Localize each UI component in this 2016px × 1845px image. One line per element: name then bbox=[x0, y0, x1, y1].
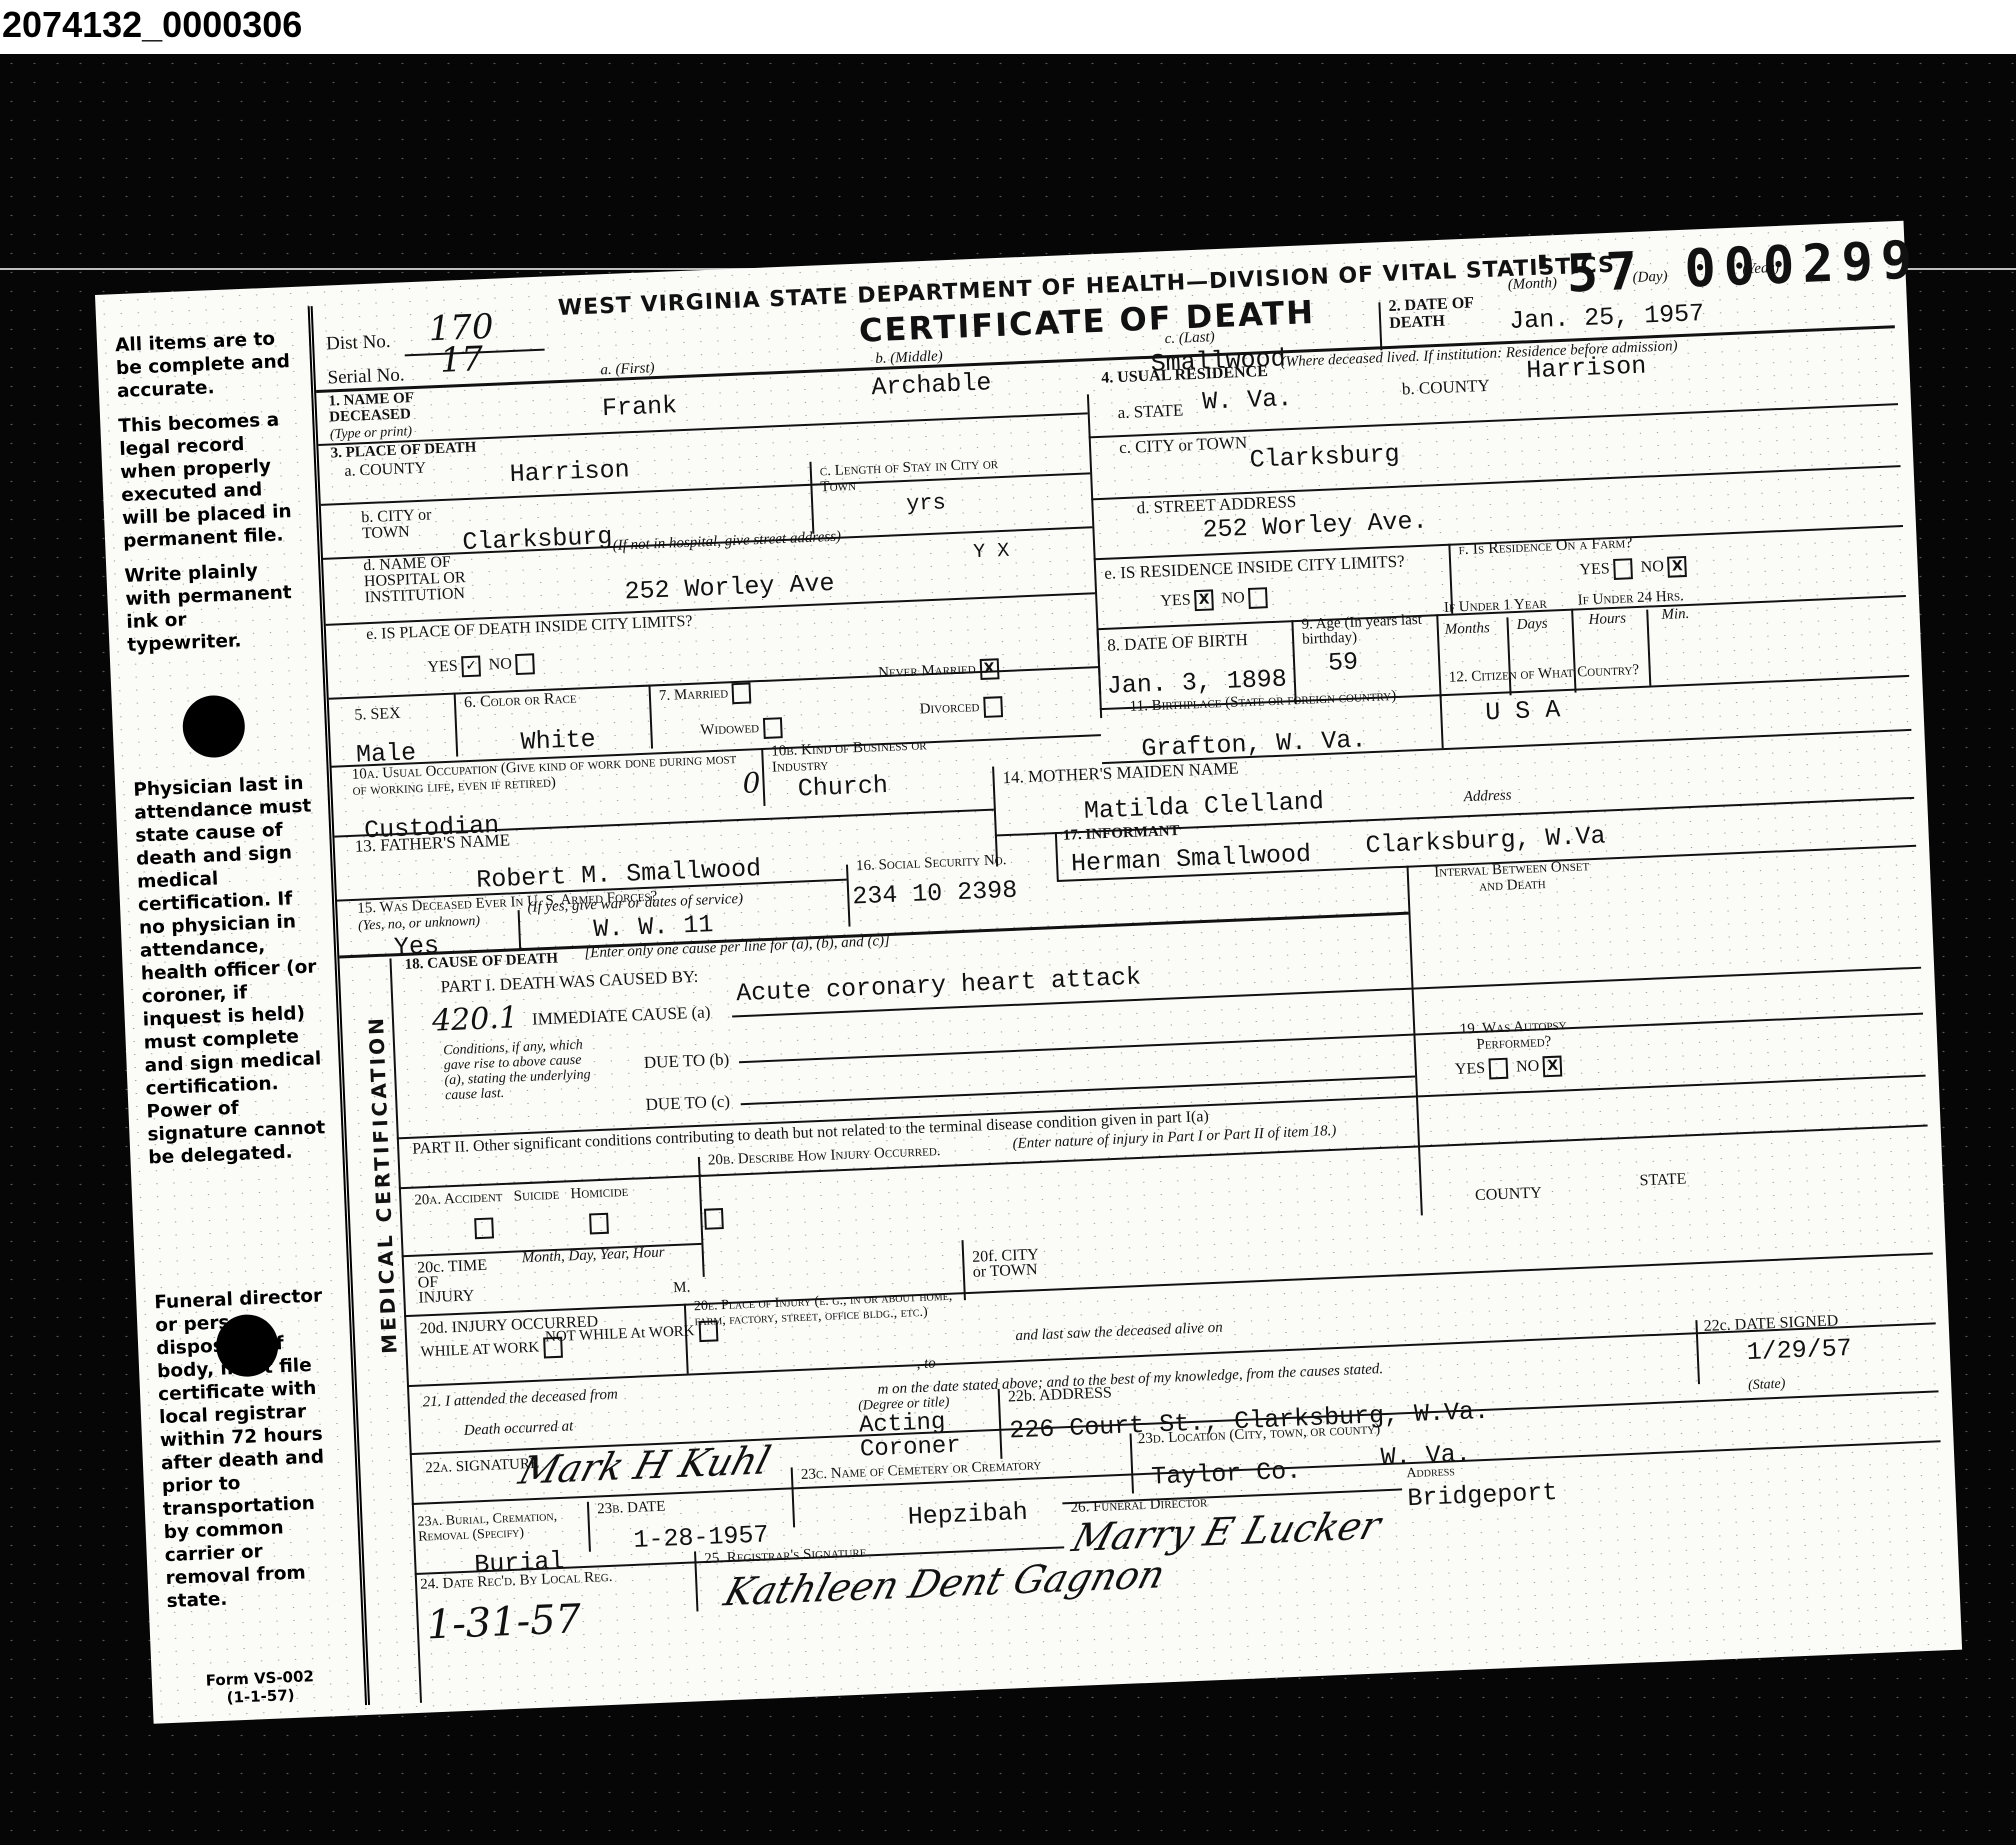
res-farm-yes-checkbox[interactable] bbox=[1613, 558, 1633, 580]
suicide-checkbox[interactable] bbox=[589, 1213, 609, 1235]
date-received-value: 1-31-57 bbox=[426, 1596, 582, 1648]
hospital-mark: Y X bbox=[973, 540, 1010, 564]
res-inside-city-yes-checkbox[interactable]: X bbox=[1194, 589, 1214, 611]
burial-date-label: 23b. DATE bbox=[597, 1499, 666, 1519]
middle-name-value: Archable bbox=[871, 368, 992, 402]
pod-inside-city-label: e. IS PLACE OF DEATH INSIDE CITY LIMITS? bbox=[366, 613, 693, 644]
attended-last-saw: and last saw the deceased alive on bbox=[1015, 1320, 1223, 1345]
res-farm-no-checkbox[interactable]: X bbox=[1667, 556, 1687, 578]
divorced-option: Divorced bbox=[919, 696, 1007, 721]
widowed-option: Widowed bbox=[700, 717, 787, 741]
homicide-checkbox[interactable] bbox=[704, 1208, 724, 1230]
date-signed-value: 1/29/57 bbox=[1746, 1334, 1852, 1367]
business-label: 10b. Kind of Business or Industry bbox=[771, 735, 972, 775]
instruction-note: All items are to be complete and accurat… bbox=[115, 327, 298, 403]
time-of-injury-label: 20c. TIME OF INJURY bbox=[417, 1257, 499, 1305]
injury-type-labels: 20a. Accident Suicide Homicide bbox=[414, 1184, 629, 1210]
citizen-label: 12. Citizen of What Country? bbox=[1449, 662, 1640, 687]
instructions-sidebar: All items are to be complete and accurat… bbox=[115, 327, 351, 1709]
part1-label: PART I. DEATH WAS CAUSED BY: bbox=[440, 967, 698, 998]
res-county-value: Harrison bbox=[1526, 351, 1647, 385]
sig-address-label: 22b. ADDRESS bbox=[1008, 1384, 1113, 1406]
race-label: 6. Color or Race bbox=[464, 690, 577, 713]
first-name-value: Frank bbox=[601, 391, 677, 423]
time-of-injury-hint: Month, Day, Year, Hour bbox=[522, 1244, 665, 1267]
attended-statement: m on the date stated above; and to the b… bbox=[877, 1361, 1383, 1399]
page-header: 2074132_0000306 bbox=[0, 0, 2016, 54]
usual-residence-label: 4. USUAL RESIDENCE bbox=[1101, 363, 1268, 388]
place-of-injury-label: 20e. Place of Injury (e. g., in or about… bbox=[694, 1288, 965, 1329]
res-city-label: c. CITY or TOWN bbox=[1119, 433, 1248, 458]
divorced-checkbox[interactable] bbox=[983, 696, 1003, 718]
state-paren-label: (State) bbox=[1748, 1377, 1786, 1395]
sex-label: 5. SEX bbox=[354, 705, 401, 725]
name-of-deceased-label: 1. NAME OF DECEASED bbox=[328, 388, 459, 425]
res-inside-city-options: YESX NO bbox=[1160, 587, 1272, 613]
last-name-label: c. (Last) bbox=[1164, 329, 1215, 348]
married-option: 7. Married bbox=[659, 682, 756, 707]
dob-label: 8. DATE OF BIRTH bbox=[1107, 630, 1248, 656]
conditions-hint: Conditions, if any, which gave rise to a… bbox=[443, 1037, 605, 1104]
serial-no-value: 17 bbox=[439, 339, 484, 381]
months-label: Months bbox=[1445, 620, 1491, 639]
days-label: Days bbox=[1516, 616, 1547, 634]
serial-no-label: Serial No. bbox=[327, 364, 405, 389]
mother-label: 14. MOTHER'S MAIDEN NAME bbox=[1002, 759, 1239, 789]
informant-address-label: Address bbox=[1463, 787, 1511, 806]
fd-address-label: Address bbox=[1406, 1464, 1455, 1482]
autopsy-label: 19. Was Autopsy Performed? bbox=[1423, 1016, 1604, 1055]
due-to-b-label: DUE TO (b) bbox=[644, 1050, 730, 1073]
under-1-year-label: If Under 1 Year bbox=[1444, 596, 1548, 617]
res-county-label: b. COUNTY bbox=[1402, 376, 1491, 400]
interval-label: Interval Between Onset and Death bbox=[1421, 858, 1602, 897]
first-name-label: a. (First) bbox=[600, 360, 655, 379]
date-of-death-label: 2. DATE OF DEATH bbox=[1388, 294, 1479, 332]
pod-county-value: Harrison bbox=[509, 455, 630, 489]
degree-value: Acting Coroner bbox=[859, 1408, 1011, 1462]
ssn-label: 16. Social Security No. bbox=[856, 852, 1007, 875]
pod-city-label: b. CITY or TOWN bbox=[361, 507, 442, 542]
time-m-label: M. bbox=[673, 1279, 691, 1297]
res-state-label: a. STATE bbox=[1117, 400, 1183, 423]
res-farm-label: f. Is Residence On a Farm? bbox=[1458, 534, 1632, 559]
pod-county-label: a. COUNTY bbox=[344, 460, 426, 481]
ssn-value: 234 10 2398 bbox=[852, 876, 1018, 912]
informant-address-value: Clarksburg, W.Va bbox=[1365, 822, 1606, 861]
certificate-number: '57 000299 bbox=[1526, 230, 1921, 306]
attended-from: 21. I attended the deceased from bbox=[422, 1386, 618, 1411]
day-label: (Day) bbox=[1632, 269, 1668, 287]
length-of-stay-label: c. Length of Stay in City or Town bbox=[820, 455, 1021, 495]
year-label: (Year) bbox=[1742, 260, 1780, 279]
age-label: 9. Age (In years last birthday) bbox=[1301, 612, 1432, 647]
hospital-value: 252 Worley Ave bbox=[624, 569, 835, 607]
autopsy-no-checkbox[interactable]: X bbox=[1543, 1055, 1563, 1077]
death-certificate: All items are to be complete and accurat… bbox=[95, 221, 1962, 1724]
pod-inside-city-no-checkbox[interactable] bbox=[515, 653, 535, 675]
cause-code: 420.1 bbox=[431, 1000, 518, 1038]
hospital-hint: (If not in hospital, give street address… bbox=[612, 529, 841, 555]
instruction-note: Physician last in attendance must state … bbox=[133, 771, 329, 1169]
widowed-checkbox[interactable] bbox=[763, 717, 783, 739]
burial-label: 23a. Burial, Cremation, Removal (Specify… bbox=[417, 1508, 588, 1545]
res-city-value: Clarksburg bbox=[1249, 440, 1400, 475]
race-value: White bbox=[520, 725, 596, 757]
autopsy-options: YES NOX bbox=[1455, 1055, 1567, 1081]
due-to-c-label: DUE TO (c) bbox=[645, 1092, 730, 1115]
occupation-mark: 0 bbox=[742, 766, 761, 800]
immediate-cause-label: IMMEDIATE CAUSE (a) bbox=[532, 1002, 711, 1029]
hours-label: Hours bbox=[1588, 610, 1626, 629]
injury-city-label: 20f. CITY or TOWN bbox=[972, 1247, 1053, 1280]
married-checkbox[interactable] bbox=[732, 682, 752, 704]
cemetery-value: Hepzibah bbox=[907, 1498, 1028, 1532]
certificate-form: Dist No. 170 Serial No. 17 WEST VIRGINIA… bbox=[308, 241, 1949, 1705]
physician-signature: Mark H Kuhl bbox=[514, 1438, 775, 1493]
instruction-note: This becomes a legal record when properl… bbox=[118, 408, 304, 553]
never-married-checkbox[interactable]: X bbox=[979, 658, 999, 680]
res-state-value: W. Va. bbox=[1202, 384, 1293, 417]
min-label: Min. bbox=[1661, 606, 1690, 624]
mother-value: Matilda Clelland bbox=[1083, 787, 1324, 826]
informant-label: 17. INFORMANT bbox=[1063, 823, 1180, 845]
pod-inside-city-options: YES✓ NO bbox=[427, 653, 539, 679]
length-of-stay-value: yrs bbox=[906, 490, 947, 517]
fd-address-value: Bridgeport bbox=[1407, 1478, 1558, 1513]
form-number: Form VS-002 (1-1-57) bbox=[170, 1666, 351, 1709]
dist-no-label: Dist No. bbox=[326, 331, 391, 356]
month-label: (Month) bbox=[1507, 275, 1557, 294]
hospital-label: d. NAME OF HOSPITAL OR INSTITUTION bbox=[363, 552, 525, 607]
medical-certification-label: MEDICAL CERTIFICATION bbox=[364, 1015, 402, 1355]
pod-inside-city-yes-checkbox[interactable]: ✓ bbox=[461, 656, 481, 678]
injury-county-label: COUNTY bbox=[1475, 1184, 1542, 1205]
age-value: 59 bbox=[1328, 648, 1359, 678]
date-signed-label: 22c. DATE SIGNED bbox=[1703, 1312, 1838, 1336]
res-farm-options: YES NOX bbox=[1579, 556, 1691, 582]
res-inside-city-no-checkbox[interactable] bbox=[1248, 587, 1268, 609]
business-value: Church bbox=[797, 771, 888, 804]
accident-checkbox[interactable] bbox=[474, 1217, 494, 1239]
autopsy-yes-checkbox[interactable] bbox=[1489, 1058, 1509, 1080]
injury-state-label: STATE bbox=[1639, 1171, 1686, 1191]
image-id-label: 2074132_0000306 bbox=[2, 4, 302, 46]
armed-service-value: W. W. 11 bbox=[593, 910, 714, 944]
death-occurred-at: Death occurred at bbox=[464, 1418, 574, 1439]
citizen-value: U S A bbox=[1485, 695, 1561, 727]
middle-name-label: b. (Middle) bbox=[875, 348, 943, 368]
location-value: Taylor Co. bbox=[1151, 1457, 1302, 1492]
instruction-note: Write plainly with permanent ink or type… bbox=[124, 558, 308, 657]
attended-to: , to bbox=[916, 1355, 936, 1373]
